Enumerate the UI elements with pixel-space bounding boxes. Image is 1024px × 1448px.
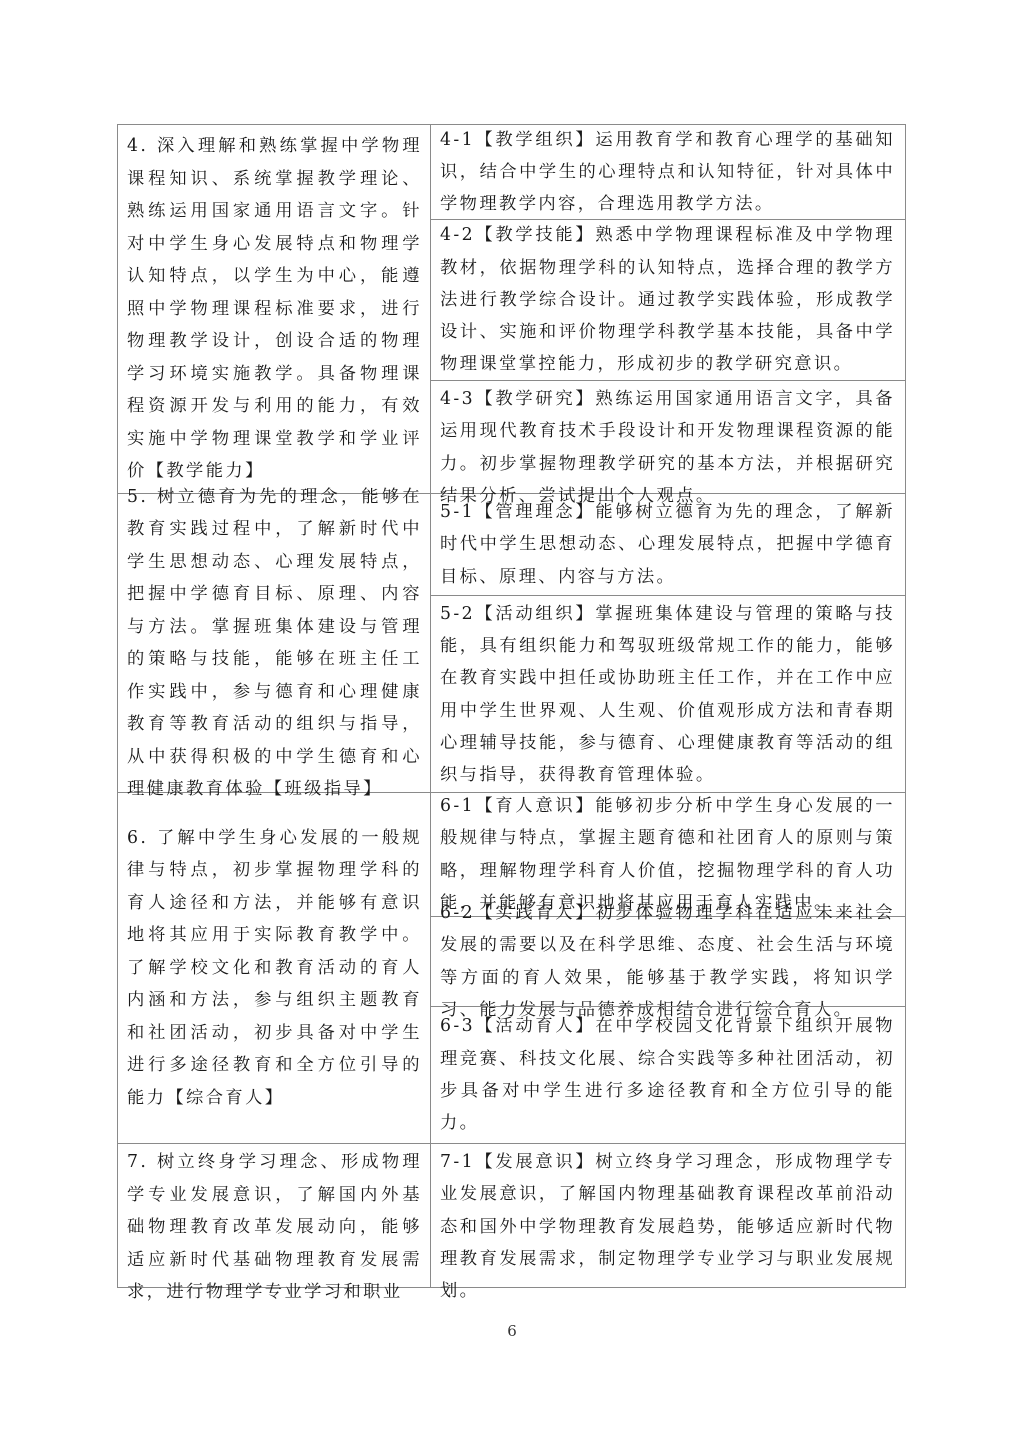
indicator-text: 4-2【教学技能】熟悉中学物理课程标准及中学物理教材，依据物理学科的认知特点，选…	[440, 219, 895, 380]
indicator-text: 7-1【发展意识】树立终身学习理念，形成物理学专业发展意识，了解国内物理基础教育…	[440, 1146, 895, 1307]
requirement-text: 6. 了解中学生身心发展的一般规律与特点，初步掌握物理学科的育人途径和方法，并能…	[127, 822, 422, 1115]
indicator-column: 7-1【发展意识】树立终身学习理念，形成物理学专业发展意识，了解国内物理基础教育…	[431, 1144, 905, 1287]
table-row-7: 7. 树立终身学习理念、形成物理学专业发展意识，了解国内外基础物理教育改革发展动…	[118, 1143, 905, 1287]
page-number: 6	[0, 1322, 1024, 1340]
indicator-text: 6-3【活动育人】在中学校园文化背景下组织开展物理竞赛、科技文化展、综合实践等多…	[440, 1010, 895, 1139]
indicator-text: 5-1【管理理念】能够树立德育为先的理念，了解新时代中学生思想动态、心理发展特点…	[440, 496, 895, 593]
requirement-cell: 4. 深入理解和熟练掌握中学物理课程知识、系统掌握教学理论、熟练运用国家通用语言…	[118, 125, 431, 493]
table-row-5: 5. 树立德育为先的理念，能够在教育实践过程中，了解新时代中学生思想动态、心理发…	[118, 493, 905, 792]
requirement-text: 5. 树立德育为先的理念，能够在教育实践过程中，了解新时代中学生思想动态、心理发…	[127, 481, 422, 806]
requirement-cell: 5. 树立德育为先的理念，能够在教育实践过程中，了解新时代中学生思想动态、心理发…	[118, 494, 431, 792]
indicator-cell: 4-2【教学技能】熟悉中学物理课程标准及中学物理教材，依据物理学科的认知特点，选…	[431, 219, 905, 380]
indicator-cell: 6-3【活动育人】在中学校园文化背景下组织开展物理竞赛、科技文化展、综合实践等多…	[431, 1006, 905, 1143]
indicator-text: 4-3【教学研究】熟练运用国家通用语言文字，具备运用现代教育技术手段设计和开发物…	[440, 383, 895, 512]
indicator-column: 5-1【管理理念】能够树立德育为先的理念，了解新时代中学生思想动态、心理发展特点…	[431, 494, 905, 792]
indicator-text: 5-2【活动组织】掌握班集体建设与管理的策略与技能，具有组织能力和驾驭班级常规工…	[440, 598, 895, 792]
graduation-requirements-table: 4. 深入理解和熟练掌握中学物理课程知识、系统掌握教学理论、熟练运用国家通用语言…	[117, 124, 906, 1288]
table-row-4: 4. 深入理解和熟练掌握中学物理课程知识、系统掌握教学理论、熟练运用国家通用语言…	[118, 125, 905, 493]
indicator-cell: 5-2【活动组织】掌握班集体建设与管理的策略与技能，具有组织能力和驾驭班级常规工…	[431, 595, 905, 794]
indicator-cell: 5-1【管理理念】能够树立德育为先的理念，了解新时代中学生思想动态、心理发展特点…	[431, 494, 905, 595]
indicator-cell: 7-1【发展意识】树立终身学习理念，形成物理学专业发展意识，了解国内物理基础教育…	[431, 1144, 905, 1309]
requirement-text: 7. 树立终身学习理念、形成物理学专业发展意识，了解国内外基础物理教育改革发展动…	[127, 1146, 422, 1309]
indicator-column: 4-1【教学组织】运用教育学和教育心理学的基础知识，结合中学生的心理特点和认知特…	[431, 125, 905, 493]
indicator-cell: 6-2【实践育人】初步体验物理学科在适应未来社会发展的需要以及在科学思维、态度、…	[431, 916, 905, 1006]
requirement-cell: 7. 树立终身学习理念、形成物理学专业发展意识，了解国内外基础物理教育改革发展动…	[118, 1144, 431, 1287]
requirement-text: 4. 深入理解和熟练掌握中学物理课程知识、系统掌握教学理论、熟练运用国家通用语言…	[127, 130, 422, 488]
indicator-cell: 4-1【教学组织】运用教育学和教育心理学的基础知识，结合中学生的心理特点和认知特…	[431, 125, 905, 219]
table-row-6: 6. 了解中学生身心发展的一般规律与特点，初步掌握物理学科的育人途径和方法，并能…	[118, 792, 905, 1143]
indicator-text: 4-1【教学组织】运用教育学和教育心理学的基础知识，结合中学生的心理特点和认知特…	[440, 124, 895, 221]
requirement-cell: 6. 了解中学生身心发展的一般规律与特点，初步掌握物理学科的育人途径和方法，并能…	[118, 793, 431, 1143]
indicator-column: 6-1【育人意识】能够初步分析中学生身心发展的一般规律与特点，掌握主题育德和社团…	[431, 793, 905, 1143]
